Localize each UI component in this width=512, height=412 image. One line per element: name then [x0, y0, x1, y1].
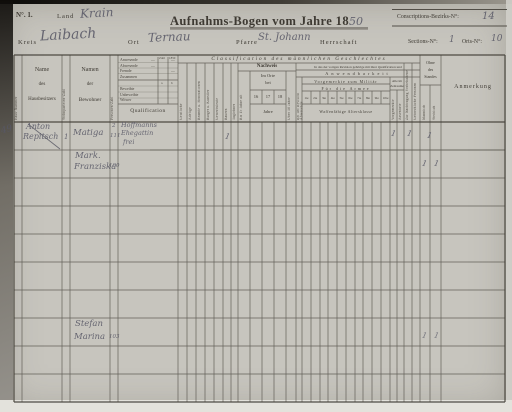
sections-value: 1 [449, 35, 455, 45]
bewohner-box-sub-b: b [171, 81, 173, 85]
sections-label: Sections-N°: [408, 39, 438, 45]
haus-nummer-column-caption: Haus-Nummer [15, 62, 19, 120]
herrschaft-label: Herrschaft [320, 39, 357, 46]
form-number: N°. 1. [16, 11, 33, 19]
age-class-10: 10te [381, 96, 390, 100]
vorgemerkte-subcol-caption: Vorgemerkte [392, 92, 396, 120]
ueber-18-column-caption: Über 18 Jahre [288, 73, 292, 120]
conscription-district-value: 14 [482, 11, 495, 22]
hausbesitzer-header-line1: Name [22, 67, 62, 73]
bewohner-box-row-beweibte: Beweibte [120, 87, 134, 91]
ohne-label-line3: Standes [420, 74, 441, 79]
personen-column-caption: Personen-Zahl [111, 62, 115, 120]
row1-number-top: 2 [112, 123, 116, 129]
alle-im-label-line1: Alle im [390, 79, 404, 83]
waffenfaehige-altersklasse-label: Waffenfähige Altersklasse [302, 110, 390, 114]
class-col-caption-5: Gewerbsleute [216, 65, 220, 120]
dash-3: — [151, 64, 155, 68]
row1-hausbesitzer-line2: Repitsch [23, 132, 58, 141]
row1-hausbesitzer-line1: Anton [26, 122, 50, 131]
wohnparteien-column-caption: Wohnparteien-Zahl [63, 62, 67, 120]
ohne-label-line1: Ohne [420, 60, 441, 65]
form-title: Aufnahms-Bogen vom Jahre 18 [170, 14, 349, 28]
row2-number: 100 [109, 163, 120, 169]
row1-wohnpartei-number: 1 [64, 133, 68, 141]
class-col-caption-3: Beamte u. Honoratioren [198, 65, 202, 120]
class-col-caption-7: Taglöhner [233, 65, 237, 120]
age-class-1: 1te [302, 96, 311, 100]
kreis-value-handwritten: Laibach [40, 26, 97, 45]
bewohner-box-row-witwer: Witwer [120, 98, 131, 102]
dash-2: — [171, 58, 175, 62]
age-16: 16 [250, 94, 262, 99]
nachweis-label: Nachweis [238, 64, 296, 69]
row1-bewohner-name: Matiga [73, 128, 103, 138]
class-col-caption-6: Bauern [225, 65, 229, 120]
pfarre-value-handwritten: St. Johann [258, 32, 311, 43]
bewohner-box-row-anwesende: Anwesende [120, 58, 138, 62]
bewohner-box-row-unbeweibte: Unbeweibte [120, 93, 138, 97]
bewohner-header-line2: der [70, 82, 110, 87]
age-class-8: 8te [364, 96, 373, 100]
hausbesitzer-header-line2: des [22, 82, 62, 87]
bewohner-box-row-zusammen: Zusammen [120, 75, 137, 79]
age-class-5: 5te [337, 96, 346, 100]
assentirte-subcol-caption: Assentirte [399, 92, 403, 120]
bewohner-box-col-a: Zahl [159, 56, 165, 60]
bei-label: bei [250, 80, 286, 85]
age-18: 18 [274, 94, 286, 99]
row8-bewohner-line2: Marina [74, 332, 105, 342]
conscription-district-label: Conscriptions-Bezirks-N°: [397, 14, 459, 20]
jahre-label: Jahre [250, 109, 286, 114]
bis-15-column-caption: Bis 15 Jahre alt [240, 73, 244, 120]
bewohner-header-line1: Namen [70, 67, 110, 73]
land-label: Land [57, 13, 74, 20]
age-class-4: 4te [328, 96, 337, 100]
age-class-3: 3te [320, 96, 329, 100]
age-class-2: 2te [311, 96, 320, 100]
weiblich-subcol-caption: Weiblich [433, 87, 437, 120]
dash-4: — [171, 69, 175, 73]
row1-number-bottom: 111 [110, 133, 121, 139]
age-class-6: 6te [346, 96, 355, 100]
classification-title: Classification des männlichen Geschlecht… [178, 56, 420, 62]
hausbesitzer-header-line3: Hausbesitzers [22, 97, 62, 102]
span-header-anwendbarkeit: Anwendbarkeit [296, 71, 420, 76]
scanned-census-form: N°. 1. Land Krain Aufnahms-Bogen vom Jah… [0, 0, 512, 412]
row1-qualification-line2: Ehegattin [121, 129, 153, 137]
ohne-label-line2: des [420, 67, 441, 72]
land-value-handwritten: Krain [80, 5, 114, 21]
age-class-7: 7te [355, 96, 364, 100]
anmerkung-label: Anmerkung [441, 84, 505, 90]
fuer-die-armee-label: Für die Armee [302, 86, 390, 91]
bewohner-header-line3: Bewohner [70, 97, 110, 103]
ort-label: Ort [128, 39, 140, 46]
pfarre-label: Pfarre [236, 39, 258, 46]
orts-label: Orts-N°: [462, 39, 482, 45]
row1-qualification-line1: Hoffmanns [121, 121, 157, 129]
span-header-line1: In das der vorigen Revision gehörige mit… [296, 65, 420, 69]
bewohner-box-sub-a: a [161, 81, 163, 85]
age-17: 17 [262, 94, 274, 99]
ort-value-handwritten: Ternau [148, 29, 191, 44]
row8-number: 103 [109, 334, 120, 340]
dash-1: — [151, 58, 155, 62]
qualification-label: Qualification [118, 108, 178, 114]
class-col-caption-4: Bürger u. Künstler [207, 65, 211, 120]
class-col-caption-1: Geistliche [180, 65, 184, 120]
form-title-group: Aufnahms-Bogen vom Jahre 1850 [170, 12, 363, 30]
age-class-9: 9te [372, 96, 381, 100]
orts-value: 10 [491, 34, 502, 44]
bewohner-box-row-abwesende: Abwesende [120, 64, 138, 68]
maennlich-subcol-caption: Männlich [423, 87, 427, 120]
form-title-year-handwritten: 50 [349, 15, 363, 28]
bewohner-box-row-fremde: Fremde [120, 69, 132, 73]
row2-bewohner-line1: Mark. [75, 151, 101, 161]
vorgemerkte-zum-militaer-label: Vorgemerkte zum Militär [302, 79, 390, 84]
kreis-label: Kreis [18, 39, 37, 46]
im-orte-label: Im Orte [250, 73, 286, 78]
row1-qualification-line3: frei [123, 138, 134, 146]
class-col-caption-2: Adelige [189, 65, 193, 120]
row8-bewohner-line1: Stefan [75, 319, 103, 329]
alle-im-label-line2: Zeitraume [390, 84, 404, 88]
